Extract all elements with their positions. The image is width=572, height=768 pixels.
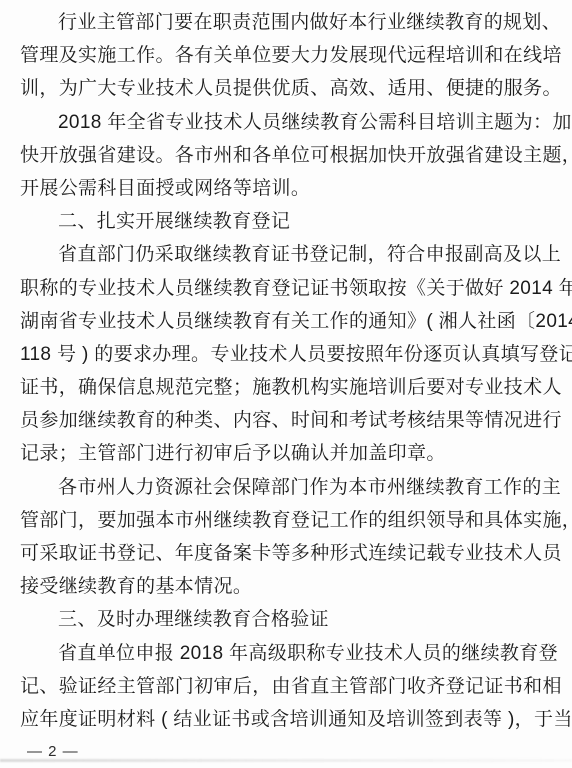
text-line: 应年度证明材料 ( 结业证书或含培训通知及培训签到表等 )，于当 bbox=[20, 703, 556, 736]
text-line: 各市州人力资源社会保障部门作为本市州继续教育工作的主 bbox=[20, 471, 556, 504]
text-line: 行业主管部门要在职责范围内做好本行业继续教育的规划、 bbox=[20, 6, 556, 39]
text-line: 开展公需科目面授或网络等培训。 bbox=[20, 172, 556, 205]
text-line: 记录；主管部门进行初审后予以确认并加盖印章。 bbox=[20, 437, 556, 470]
text-line: 可采取证书登记、年度备案卡等多种形式连续记载专业技术人员 bbox=[20, 537, 556, 570]
text-line: 管部门，要加强本市州继续教育登记工作的组织领导和具体实施， bbox=[20, 504, 556, 537]
text-line: 管理及实施工作。各有关单位要大力发展现代远程培训和在线培 bbox=[20, 39, 556, 72]
scan-shadow-artifact bbox=[0, 759, 572, 762]
text-line: 记、验证经主管部门初审后，由省直主管部门收齐登记证书和相 bbox=[20, 670, 556, 703]
section-heading: 二、扎实开展继续教育登记 bbox=[20, 205, 556, 238]
text-line: 湖南省专业技术人员继续教育有关工作的通知》( 湘人社函〔2014〕 bbox=[20, 305, 556, 338]
text-line: 训，为广大专业技术人员提供优质、高效、适用、便捷的服务。 bbox=[20, 72, 556, 105]
page-number: — 2 — bbox=[27, 743, 79, 761]
text-line: 2018 年全省专业技术人员继续教育公需科目培训主题为：加 bbox=[20, 106, 556, 139]
text-line: 证书，确保信息规范完整；施教机构实施培训后要对专业技术人 bbox=[20, 371, 556, 404]
text-line: 省直部门仍采取继续教育证书登记制，符合申报副高及以上 bbox=[20, 238, 556, 271]
document-page: 行业主管部门要在职责范围内做好本行业继续教育的规划、管理及实施工作。各有关单位要… bbox=[0, 0, 572, 768]
section-heading: 三、及时办理继续教育合格验证 bbox=[20, 603, 556, 636]
text-line: 职称的专业技术人员继续教育登记证书领取按《关于做好 2014 年 bbox=[20, 272, 556, 305]
text-line: 省直单位申报 2018 年高级职称专业技术人员的继续教育登 bbox=[20, 637, 556, 670]
text-line: 118 号 ) 的要求办理。专业技术人员要按照年份逐页认真填写登记 bbox=[20, 338, 556, 371]
document-body: 行业主管部门要在职责范围内做好本行业继续教育的规划、管理及实施工作。各有关单位要… bbox=[20, 6, 556, 736]
text-line: 接受继续教育的基本情况。 bbox=[20, 570, 556, 603]
text-line: 员参加继续教育的种类、内容、时间和考试考核结果等情况进行 bbox=[20, 404, 556, 437]
text-line: 快开放强省建设。各市州和各单位可根据加快开放强省建设主题， bbox=[20, 139, 556, 172]
